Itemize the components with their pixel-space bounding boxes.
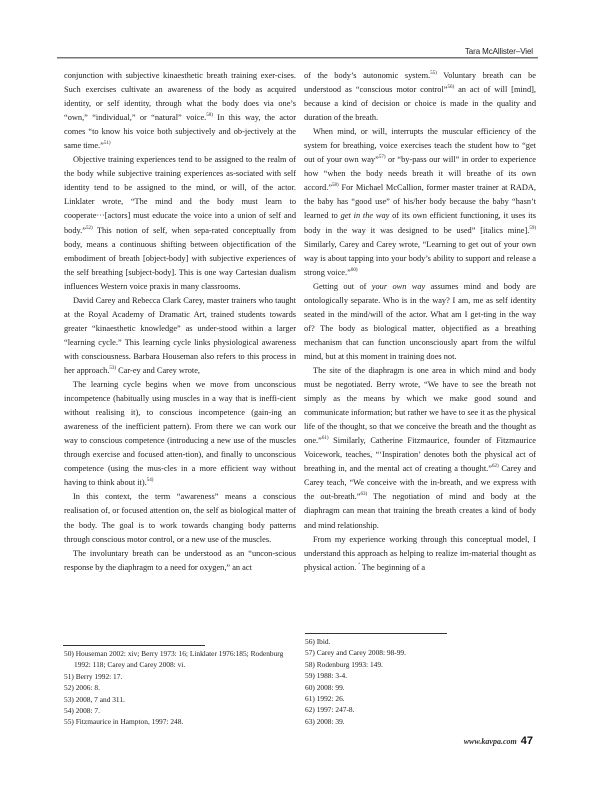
text-run: The involuntary breath can be understood… xyxy=(64,549,296,572)
paragraph: In this context, the term “awareness” me… xyxy=(64,490,296,546)
paragraph: David Carey and Rebecca Clark Carey, mas… xyxy=(64,294,296,378)
paragraph: The involuntary breath can be understood… xyxy=(64,547,296,575)
paragraph: of the body’s autonomic system.55) Volun… xyxy=(304,69,536,125)
paragraph: From my experience working through this … xyxy=(304,533,536,575)
footnote: 56) Ibid. xyxy=(305,636,541,647)
italic-phrase: your own way xyxy=(372,282,425,291)
footnotes-left: 50) Houseman 2002: xiv; Berry 1973: 16; … xyxy=(64,648,300,728)
footnote: 54) 2008: 7. xyxy=(64,705,300,716)
footnote-ref: 60) xyxy=(351,268,358,273)
text-run: of the body’s autonomic system. xyxy=(304,71,430,80)
header-rule xyxy=(57,57,538,59)
paragraph: Getting out of your own way assumes mind… xyxy=(304,280,536,364)
paragraph: The site of the diaphragm is one area in… xyxy=(304,364,536,533)
italic-phrase: get in the way xyxy=(341,211,390,220)
footnote-ref: 54) xyxy=(147,478,154,483)
paragraph: Objective training experiences tend to b… xyxy=(64,153,296,293)
footnote: 51) Berry 1992: 17. xyxy=(64,671,300,682)
footnote: 55) Fitzmaurice in Hampton, 1997: 248. xyxy=(64,716,300,727)
block-quote: The learning cycle begins when we move f… xyxy=(64,378,296,490)
text-run: Car-ey and Carey wrote, xyxy=(116,366,200,375)
text-run: The learning cycle begins when we move f… xyxy=(64,380,296,487)
footnote-ref: 61) xyxy=(322,436,329,441)
page-number: 47 xyxy=(521,735,533,747)
footnote: 62) 1997: 247-8. xyxy=(305,704,541,715)
footnote: 63) 2008: 39. xyxy=(305,716,541,727)
footnotes-right: 56) Ibid. 57) Carey and Carey 2008: 98-9… xyxy=(305,636,541,727)
right-column: of the body’s autonomic system.55) Volun… xyxy=(304,69,536,575)
footnote: 52) 2006: 8. xyxy=(64,682,300,693)
footnote: 53) 2008, 7 and 311. xyxy=(64,694,300,705)
footnote: 57) Carey and Carey 2008: 98-99. xyxy=(305,647,541,658)
footnote: 60) 2008: 99. xyxy=(305,682,541,693)
text-run: The site of the diaphragm is one area in… xyxy=(304,366,536,445)
footnote-ref: 59) xyxy=(529,226,536,231)
footnote: 61) 1992: 26. xyxy=(305,693,541,704)
paragraph: conjunction with subjective kinaesthetic… xyxy=(64,69,296,153)
text-run: Getting out of xyxy=(313,282,372,291)
footnote: 58) Rodenburg 1993: 149. xyxy=(305,659,541,670)
running-header-author: Tara McAllister–Viel xyxy=(465,47,533,56)
paragraph: When mind, or will, interrupts the muscu… xyxy=(304,125,536,280)
footnote-ref: 51) xyxy=(104,141,111,146)
footnote-ref: 55) xyxy=(430,71,437,76)
text-run: assumes mind and body are ontologically … xyxy=(304,282,536,361)
page-footer: www.kavpa.com47 xyxy=(464,735,533,747)
footnote-ref: 52) xyxy=(86,226,93,231)
footnote: 59) 1988: 3-4. xyxy=(305,670,541,681)
footnote-ref: 58) xyxy=(332,183,339,188)
footnote-rule xyxy=(63,645,205,646)
text-run: This notion of self, when sepa-rated con… xyxy=(64,226,296,291)
text-run: In this context, the term “awareness” me… xyxy=(64,492,296,543)
footnote-ref: 62) xyxy=(492,464,499,469)
text-run: Objective training experiences tend to b… xyxy=(64,155,296,234)
footnote: 50) Houseman 2002: xiv; Berry 1973: 16; … xyxy=(64,648,300,671)
text-run: The beginning of a xyxy=(360,563,425,572)
text-run: David Carey and Rebecca Clark Carey, mas… xyxy=(64,296,296,375)
footer-url[interactable]: www.kavpa.com xyxy=(464,737,517,746)
footnote-rule xyxy=(305,633,447,634)
footnote-ref: 50) xyxy=(206,113,213,118)
text-run: Similarly, Carey and Carey wrote, “Learn… xyxy=(304,240,536,277)
left-column: conjunction with subjective kinaesthetic… xyxy=(64,69,296,575)
